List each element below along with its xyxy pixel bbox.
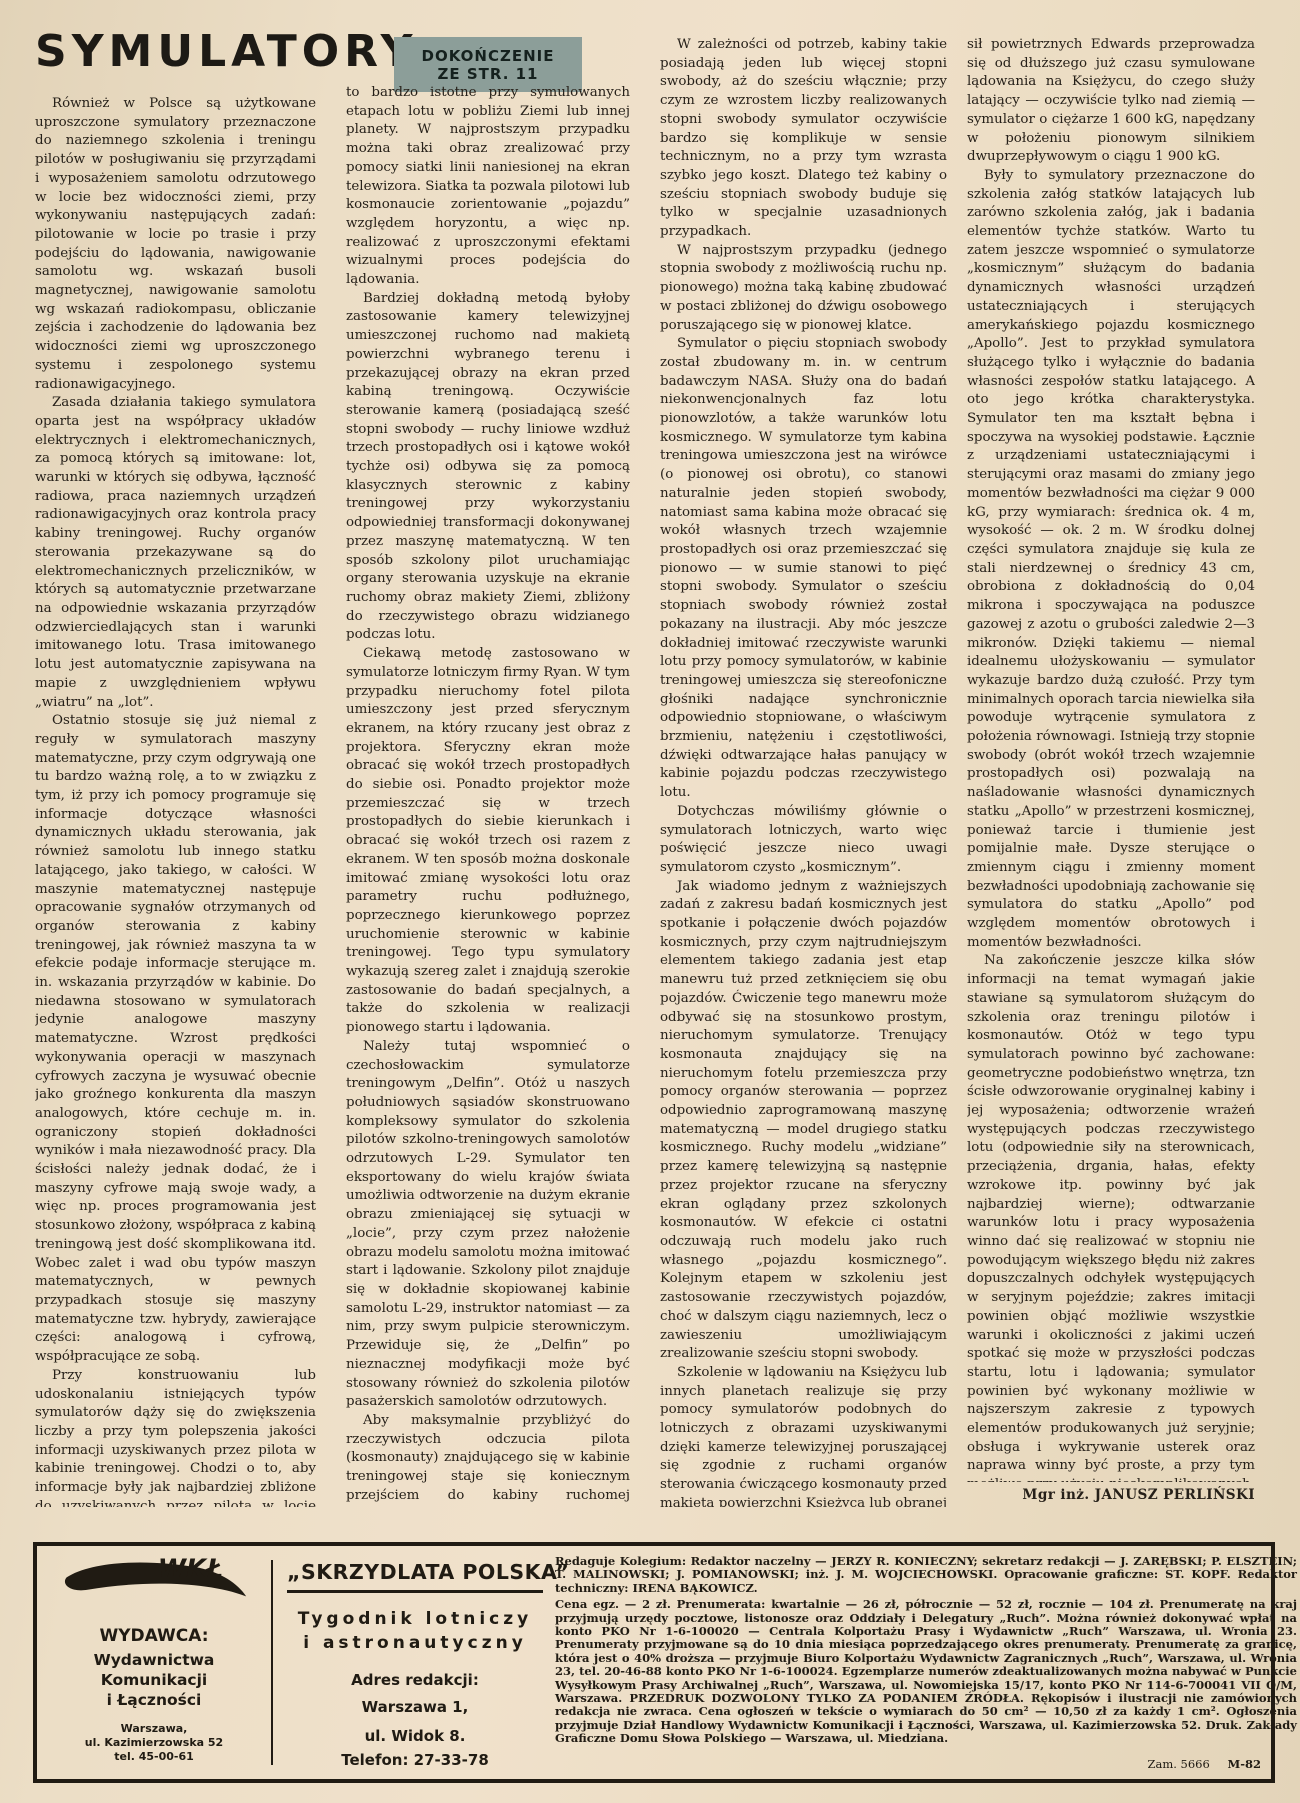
paragraph: Dotychczas mówiliśmy głównie o symulator… (660, 803, 947, 878)
wkl-logo-text: WKŁ (158, 1556, 223, 1584)
paragraph: sił powietrznych Edwards przeprowadza si… (967, 36, 1255, 167)
article-column-2: to bardzo istotne przy symulowanych etap… (346, 84, 630, 1507)
magazine-page: SYMULATORY DOKOŃCZENIE ZE STR. 11 Równie… (0, 0, 1300, 1803)
imprint-subscription: Cena egz. — 2 zł. Prenumerata: kwartalni… (555, 1598, 1297, 1745)
paragraph: Bardziej dokładną metodą byłoby zastosow… (346, 290, 630, 645)
paragraph: W zależności od potrzeb, kabiny takie po… (660, 36, 947, 242)
footer-box: WKŁ WYDAWCA: WydawnictwaKomunikacjii Łąc… (33, 1542, 1275, 1783)
editorial-address-label: Adres redakcji: (287, 1671, 543, 1689)
editorial-address-line2: ul. Widok 8. (287, 1726, 543, 1747)
publisher-label: WYDAWCA: (45, 1626, 263, 1646)
paragraph: tel. 45-00-61 (45, 1750, 263, 1764)
editorial-address-line1: Warszawa 1, (287, 1697, 543, 1718)
publisher-name: WydawnictwaKomunikacjii Łączności (45, 1650, 263, 1710)
paragraph: Również w Polsce są użytkowane uproszczo… (35, 95, 316, 394)
paragraph: Zasada działania takiego symulatora opar… (35, 394, 316, 712)
magazine-rule (287, 1590, 543, 1593)
footer-divider (271, 1560, 273, 1765)
paragraph: Ciekawą metodę zastosowano w symulatorze… (346, 645, 630, 1038)
imprint-editorial: Redaguje Kolegium: Redaktor naczelny — J… (555, 1555, 1297, 1595)
magazine-subtitle-1: Tygodnik lotniczy (287, 1607, 543, 1631)
order-code: M-82 (1227, 1757, 1261, 1771)
magazine-name: „SKRZYDLATA POLSKA” (287, 1560, 543, 1584)
paragraph: Szkolenie w lądowaniu na Księżycu lub in… (660, 1364, 947, 1507)
paragraph: Symulator o pięciu stopniach swobody zos… (660, 335, 947, 803)
magazine-subtitle-2: i astronautyczny (287, 1631, 543, 1655)
paragraph: Należy tutaj wspomnieć o czechosłowackim… (346, 1038, 630, 1412)
imprint-order-line: Zam. 5666 M-82 (1147, 1757, 1261, 1771)
paragraph: Na zakończenie jeszcze kilka słów inform… (967, 952, 1255, 1482)
publisher-address: Warszawa,ul. Kazimierzowska 52tel. 45-00… (45, 1722, 263, 1764)
paragraph: Były to symulatory przeznaczone do szkol… (967, 167, 1255, 953)
article-column-4: sił powietrznych Edwards przeprowadza si… (967, 36, 1255, 1482)
paragraph: Ostatnio stosuje się już niemal z reguły… (35, 712, 316, 1367)
imprint-block: Redaguje Kolegium: Redaktor naczelny — J… (555, 1555, 1297, 1749)
badge-line2: ZE STR. 11 (437, 65, 538, 83)
editorial-phone: Telefon: 27-33-78 (287, 1751, 543, 1769)
paragraph: W najprostszym przypadku (jednego stopni… (660, 242, 947, 336)
magazine-block: „SKRZYDLATA POLSKA” Tygodnik lotniczy i … (287, 1560, 543, 1769)
wkl-logo: WKŁ (59, 1556, 249, 1614)
paragraph: Aby maksymalnie przybliżyć do rzeczywist… (346, 1412, 630, 1507)
badge-line1: DOKOŃCZENIE (422, 47, 555, 65)
paragraph: ul. Kazimierzowska 52 (45, 1736, 263, 1750)
page-title: SYMULATORY (35, 26, 418, 77)
article-column-3: W zależności od potrzeb, kabiny takie po… (660, 36, 947, 1507)
paragraph: Jak wiadomo jednym z ważniejszych zadań … (660, 878, 947, 1364)
paragraph: Przy konstruowaniu lub udoskonalaniu ist… (35, 1367, 316, 1507)
author-signature: Mgr inż. JANUSZ PERLIŃSKI (967, 1487, 1255, 1503)
paragraph: i Łączności (45, 1690, 263, 1710)
paragraph: Wydawnictwa (45, 1650, 263, 1670)
article-column-1: Również w Polsce są użytkowane uproszczo… (35, 95, 316, 1507)
paragraph: Komunikacji (45, 1670, 263, 1690)
paragraph: Warszawa, (45, 1722, 263, 1736)
paragraph: to bardzo istotne przy symulowanych etap… (346, 84, 630, 290)
publisher-block: WKŁ WYDAWCA: WydawnictwaKomunikacjii Łąc… (45, 1556, 263, 1764)
order-number: Zam. 5666 (1147, 1757, 1209, 1771)
